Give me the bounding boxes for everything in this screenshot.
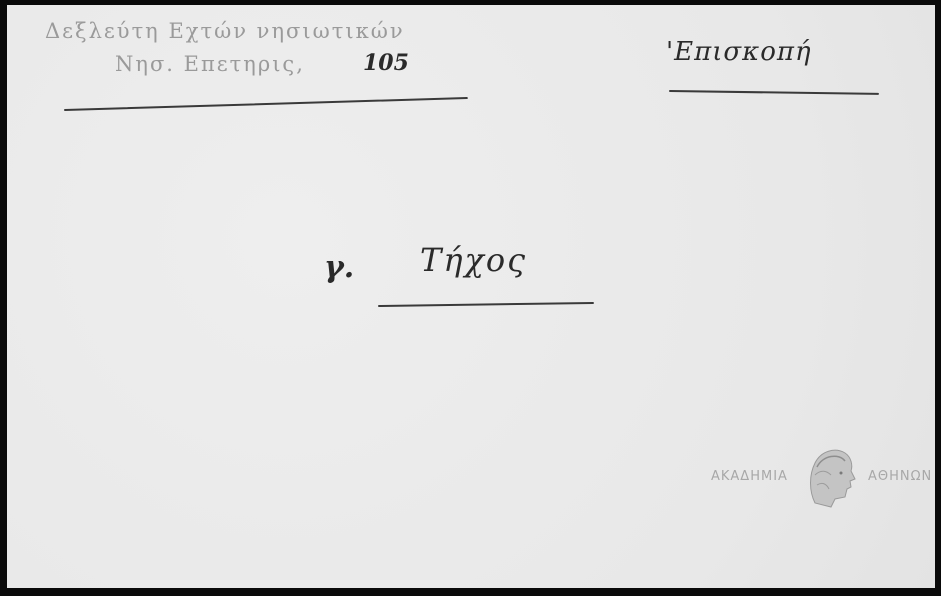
watermark-left-text: ΑΚΑΔΗΜΙΑ xyxy=(711,469,788,484)
watermark-right-text: ΑΘΗΝΩΝ xyxy=(868,469,932,484)
entry-name: Τήχος xyxy=(420,241,527,279)
athena-head-icon xyxy=(805,445,857,509)
source-underline xyxy=(64,97,468,111)
category-heading: 'Επισκοπή xyxy=(666,37,812,67)
category-underline xyxy=(669,90,879,95)
entry-prefix: γ. xyxy=(324,250,354,285)
entry-underline xyxy=(378,302,594,307)
stamp-source-line1: Δεξλεύτη Εχτών νησιωτικών xyxy=(45,19,405,43)
index-card: Δεξλεύτη Εχτών νησιωτικών Νησ. Επετηρις,… xyxy=(7,5,935,588)
source-page-number: 105 xyxy=(363,50,409,76)
stamp-source-line2: Νησ. Επετηρις, xyxy=(115,52,305,76)
